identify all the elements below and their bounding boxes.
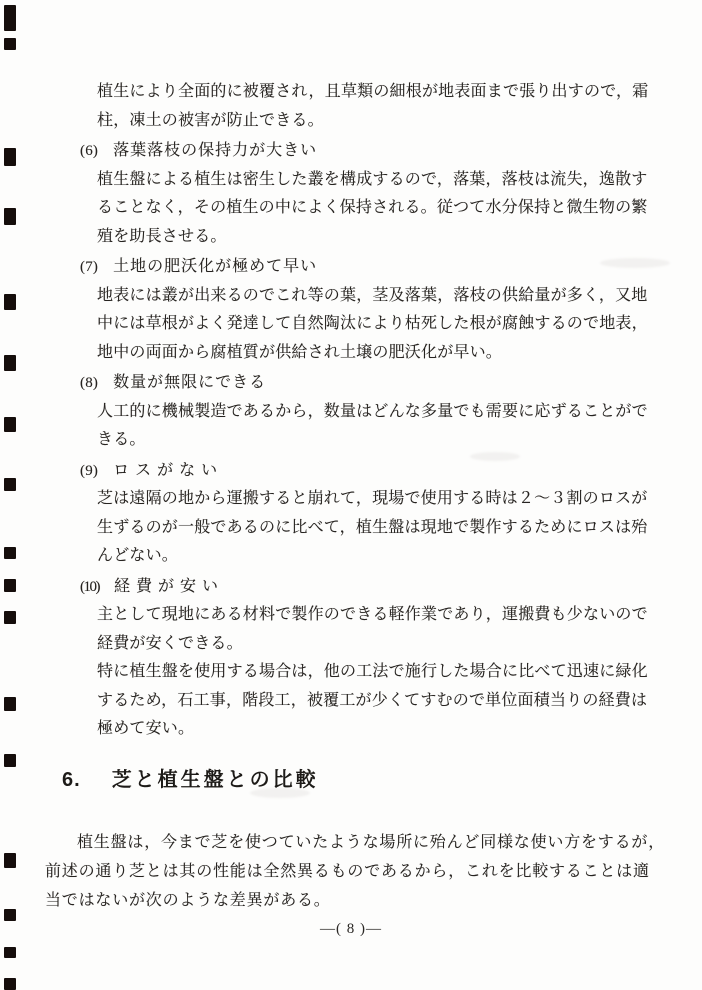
closing-paragraph: 植生盤は，今まで芝を使つていたような場所に殆んど同様な使い方をするが，前述の通り…: [0, 828, 702, 915]
item-title: 経 費 が 安 い: [114, 578, 219, 595]
text-line: 殖を助長させる。: [0, 223, 702, 252]
item-title: 土地の肥沃化が極めて早い: [113, 258, 317, 275]
text-line: 極めて安い。: [0, 715, 702, 744]
text-line: 芝は遠隔の地から運搬すると崩れて，現場で使用する時は２〜３割のロスが: [0, 485, 702, 514]
scanned-document-page: 植生により全面的に被覆され，且草類の細根が地表面まで張り出すので，霜柱，凍土の被…: [0, 0, 702, 990]
item-title: 数量が無限にできる: [113, 374, 266, 391]
body-blocks: 植生により全面的に被覆され，且草類の細根が地表面まで張り出すので，霜柱，凍土の被…: [0, 78, 702, 744]
text-line: 当ではないが次のような差異がある。: [0, 886, 702, 915]
text-line: ることなく，その植生の中によく保持される。従つて水分保持と微生物の繁: [0, 194, 702, 223]
text-line: 主として現地にある材料で製作のできる軽作業であり，運搬費も少ないので: [0, 601, 702, 630]
text-line: 人工的に機械製造であるから，数量はどんな多量でも需要に応ずることがで: [0, 398, 702, 427]
text-line: 植生により全面的に被覆され，且草類の細根が地表面まで張り出すので，霜: [0, 78, 702, 107]
text-line: 植生盤は，今まで芝を使つていたような場所に殆んど同様な使い方をするが，: [0, 828, 702, 857]
text-line: 生ずるのが一般であるのに比べて，植生盤は現地で製作するためにロスは殆: [0, 514, 702, 543]
text-line: 前述の通り芝とは其の性能は全然異るものであるから，これを比較することは適: [0, 857, 702, 886]
text-line: 柱，凍土の被害が防止できる。: [0, 107, 702, 136]
item-number: (6): [80, 143, 98, 159]
item-heading: (8)数量が無限にできる: [0, 369, 702, 398]
item-heading: (6)落葉落枝の保持力が大きい: [0, 137, 702, 166]
edge-mark: [4, 947, 16, 958]
text-line: 特に植生盤を使用する場合は，他の工法で施行した場合に比べて迅速に緑化: [0, 658, 702, 687]
item-heading: (9)ロ ス が な い: [0, 457, 702, 486]
edge-mark: [4, 5, 16, 31]
item-number: (10): [80, 579, 99, 595]
item-title: ロ ス が な い: [113, 462, 218, 479]
edge-mark: [4, 38, 16, 50]
item-title: 落葉落枝の保持力が大きい: [113, 142, 317, 159]
text-line: 地中の両面から腐植質が供給され土壌の肥沃化が早い。: [0, 339, 702, 368]
text-line: 地表には叢が出来るのでこれ等の葉，茎及落葉，落枝の供給量が多く，又地: [0, 282, 702, 311]
item-heading: (7)土地の肥沃化が極めて早い: [0, 253, 702, 282]
edge-mark: [4, 978, 16, 990]
item-heading: (10)経 費 が 安 い: [0, 573, 702, 602]
item-number: (7): [80, 259, 98, 275]
text-line: 植生盤による植生は密生した叢を構成するので，落葉，落枝は流失，逸散す: [0, 166, 702, 195]
page-content: 植生により全面的に被覆され，且草類の細根が地表面まで張り出すので，霜柱，凍土の被…: [0, 78, 702, 940]
item-number: (8): [80, 375, 98, 391]
text-line: するため，石工事，階段工，被覆工が少くてすむので単位面積当りの経費は: [0, 687, 702, 716]
text-line: 経費が安くできる。: [0, 630, 702, 659]
section-number: 6.: [62, 769, 81, 791]
text-line: んどない。: [0, 542, 702, 571]
section-heading: 6.芝と植生盤との比較: [0, 765, 702, 795]
text-line: 中には草根がよく発達して自然陶汰により枯死した根が腐蝕するので地表，: [0, 310, 702, 339]
section-title: 芝と植生盤との比較: [112, 769, 319, 791]
page-number: —( 8 )—: [0, 918, 702, 940]
text-line: きる。: [0, 426, 702, 455]
item-number: (9): [80, 463, 98, 479]
